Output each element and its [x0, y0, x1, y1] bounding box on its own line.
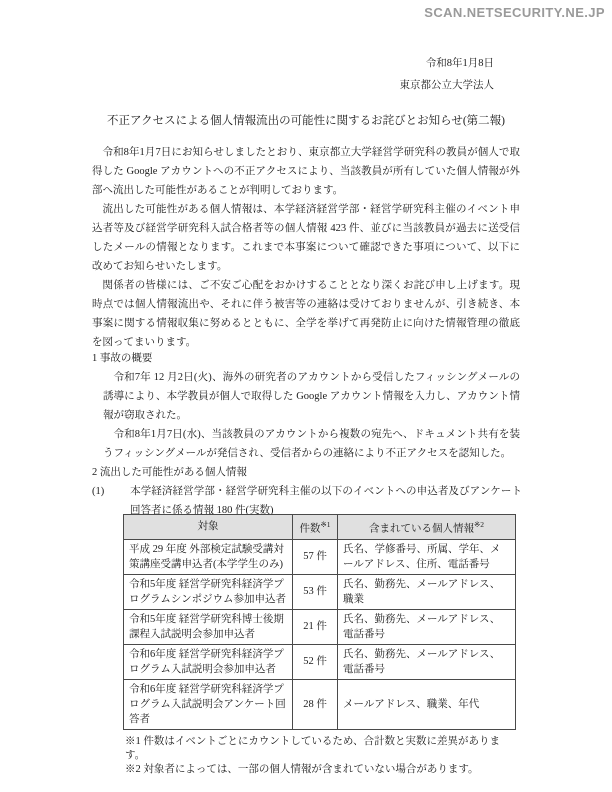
event-name-cell: 平成 29 年度 外部検定試験受講対策講座受講申込者(本学学生のみ) [124, 539, 293, 574]
footnote-ref-1: ※1 [320, 520, 330, 529]
table-header-row: 対象 件数※1 含まれている個人情報※2 [124, 515, 516, 540]
count-cell: 28 件 [293, 679, 338, 729]
event-name-cell: 令和5年度 経営学研究科経済学プログラムシンポジウム参加申込者 [124, 574, 293, 609]
personal-info-cell: 氏名、勤務先、メールアドレス、職業 [338, 574, 516, 609]
document-page: SCAN.NETSECURITY.NE.JP 令和8年1月8日 東京都公立大学法… [0, 0, 612, 792]
col-header-count: 件数※1 [293, 515, 338, 540]
table-row: 令和5年度 経営学研究科博士後期課程入試説明会参加申込者 21 件 氏名、勤務先… [124, 609, 516, 644]
table-row: 令和5年度 経営学研究科経済学プログラムシンポジウム参加申込者 53 件 氏名、… [124, 574, 516, 609]
doc-title: 不正アクセスによる個人情報流出の可能性に関するお詫びとお知らせ(第二報) [0, 112, 612, 128]
footnote-2: ※2 対象者によっては、一部の個人情報が含まれていない場合があります。 [125, 763, 515, 777]
doc-date: 令和8年1月8日 [400, 53, 495, 75]
col-header-target: 対象 [124, 515, 293, 540]
event-name-cell: 令和5年度 経営学研究科博士後期課程入試説明会参加申込者 [124, 609, 293, 644]
list-item-text: 本学経済経営学部・経営学研究科主催の以下のイベントへの申込者及びアンケート回答者… [130, 486, 522, 516]
section-1-heading: 1 事故の概要 [92, 349, 520, 368]
count-cell: 57 件 [293, 539, 338, 574]
event-name-cell: 令和6年度 経営学研究科経済学プログラム入試説明会アンケート回答者 [124, 679, 293, 729]
section-1-paragraph-1: 令和7年 12 月2日(火)、海外の研究者のアカウントから受信したフィッシングメ… [103, 368, 520, 425]
events-table-block: 対象 件数※1 含まれている個人情報※2 平成 29 年度 外部検定試験受講対策… [123, 514, 515, 777]
footnote-ref-2: ※2 [474, 520, 484, 529]
col-header-personal-info: 含まれている個人情報※2 [338, 515, 516, 540]
event-name-cell: 令和6年度 経営学研究科経済学プログラム入試説明会参加申込者 [124, 644, 293, 679]
intro-paragraph-1: 令和8年1月7日にお知らせしましたとおり、東京都立大学経営学研究科の教員が個人で… [92, 143, 520, 200]
count-cell: 52 件 [293, 644, 338, 679]
table-row: 平成 29 年度 外部検定試験受講対策講座受講申込者(本学学生のみ) 57 件 … [124, 539, 516, 574]
table-row: 令和6年度 経営学研究科経済学プログラム入試説明会アンケート回答者 28 件 メ… [124, 679, 516, 729]
count-cell: 53 件 [293, 574, 338, 609]
section-2-heading: 2 流出した可能性がある個人情報 [92, 463, 522, 482]
intro-section: 令和8年1月7日にお知らせしましたとおり、東京都立大学経営学研究科の教員が個人で… [92, 143, 520, 352]
count-cell: 21 件 [293, 609, 338, 644]
watermark: SCAN.NETSECURITY.NE.JP [424, 5, 605, 20]
events-table: 対象 件数※1 含まれている個人情報※2 平成 29 年度 外部検定試験受講対策… [123, 514, 516, 730]
personal-info-cell: 氏名、勤務先、メールアドレス、電話番号 [338, 644, 516, 679]
table-row: 令和6年度 経営学研究科経済学プログラム入試説明会参加申込者 52 件 氏名、勤… [124, 644, 516, 679]
intro-paragraph-2: 流出した可能性がある個人情報は、本学経済経営学部・経営学研究科主催のイベント申込… [92, 200, 520, 276]
footnote-1: ※1 件数はイベントごとにカウントしているため、合計数と実数に差異があります。 [125, 735, 515, 763]
section-1-paragraph-2: 令和8年1月7日(水)、当該教員のアカウントから複数の宛先へ、ドキュメント共有を… [103, 425, 520, 463]
personal-info-cell: 氏名、学修番号、所属、学年、メールアドレス、住所、電話番号 [338, 539, 516, 574]
doc-organization: 東京都公立大学法人 [400, 75, 495, 97]
section-leaked-info: 2 流出した可能性がある個人情報 (1)本学経済経営学部・経営学研究科主催の以下… [92, 463, 522, 520]
header-date-block: 令和8年1月8日 東京都公立大学法人 [400, 53, 495, 97]
intro-paragraph-3: 関係者の皆様には、ご不安ご心配をおかけすることとなり深くお詫び申し上げます。現時… [92, 276, 520, 352]
personal-info-cell: 氏名、勤務先、メールアドレス、電話番号 [338, 609, 516, 644]
section-incident-overview: 1 事故の概要 令和7年 12 月2日(火)、海外の研究者のアカウントから受信し… [92, 349, 520, 463]
list-item-marker: (1) [92, 482, 130, 501]
table-footnotes: ※1 件数はイベントごとにカウントしているため、合計数と実数に差異があります。 … [125, 735, 515, 777]
personal-info-cell: メールアドレス、職業、年代 [338, 679, 516, 729]
